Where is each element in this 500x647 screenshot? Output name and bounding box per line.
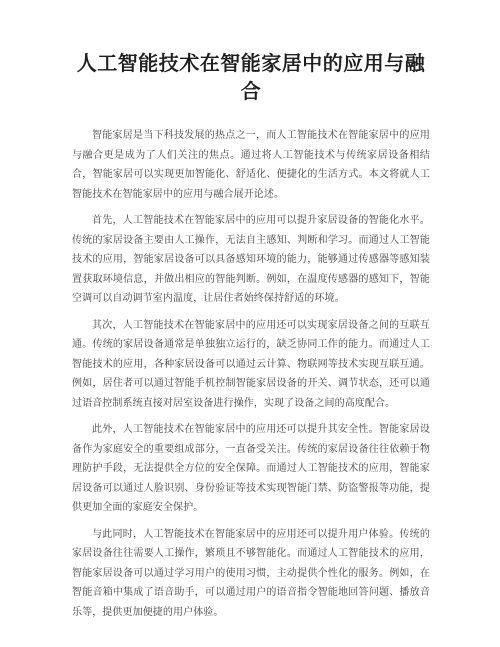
paragraph-security: 此外，人工智能技术在智能家居中的应用还可以提升其安全性。智能家居设备作为家庭安全… xyxy=(72,420,430,518)
paragraph-intelligence-level: 首先，人工智能技术在智能家居中的应用可以提升家居设备的智能化水平。传统的家居设备… xyxy=(72,211,430,309)
paragraph-intro: 智能家居是当下科技发展的热点之一，而人工智能技术在智能家居中的应用与融合更是成为… xyxy=(72,126,430,204)
paragraph-interconnection: 其次，人工智能技术在智能家居中的应用还可以实现家居设备之间的互联互通。传统的家居… xyxy=(72,316,430,414)
document-body: 智能家居是当下科技发展的热点之一，而人工智能技术在智能家居中的应用与融合更是成为… xyxy=(72,126,430,622)
document-page: 人工智能技术在智能家居中的应用与融合 智能家居是当下科技发展的热点之一，而人工智… xyxy=(0,0,500,647)
document-title: 人工智能技术在智能家居中的应用与融合 xyxy=(72,50,430,106)
paragraph-user-experience: 与此同时，人工智能技术在智能家居中的应用还可以提升用户体验。传统的家居设备往往需… xyxy=(72,525,430,623)
